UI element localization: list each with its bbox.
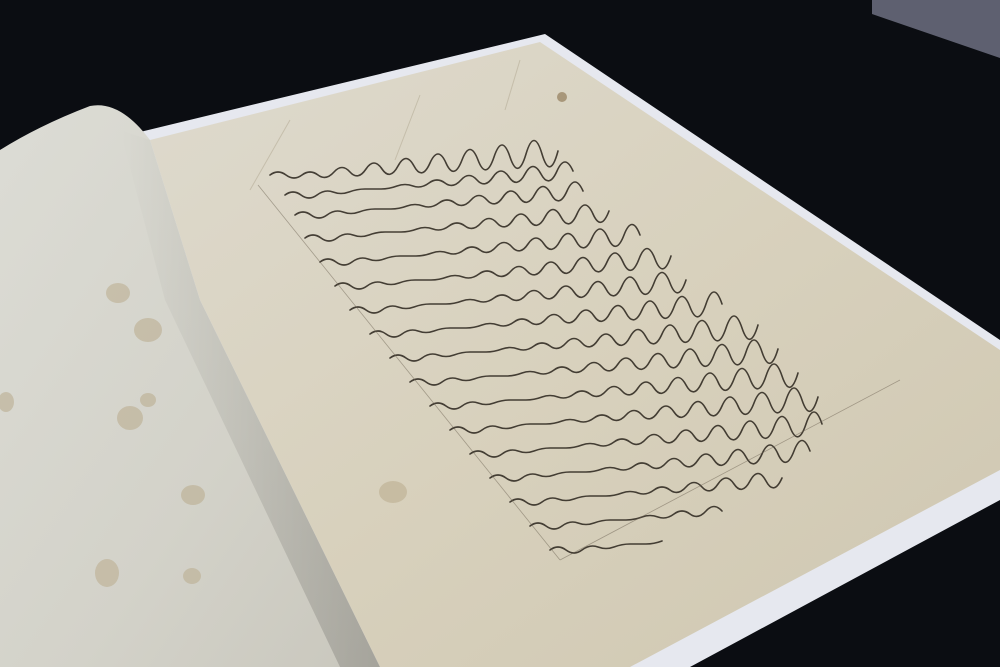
ink-spot bbox=[557, 92, 567, 102]
manuscript-photo bbox=[0, 0, 1000, 667]
